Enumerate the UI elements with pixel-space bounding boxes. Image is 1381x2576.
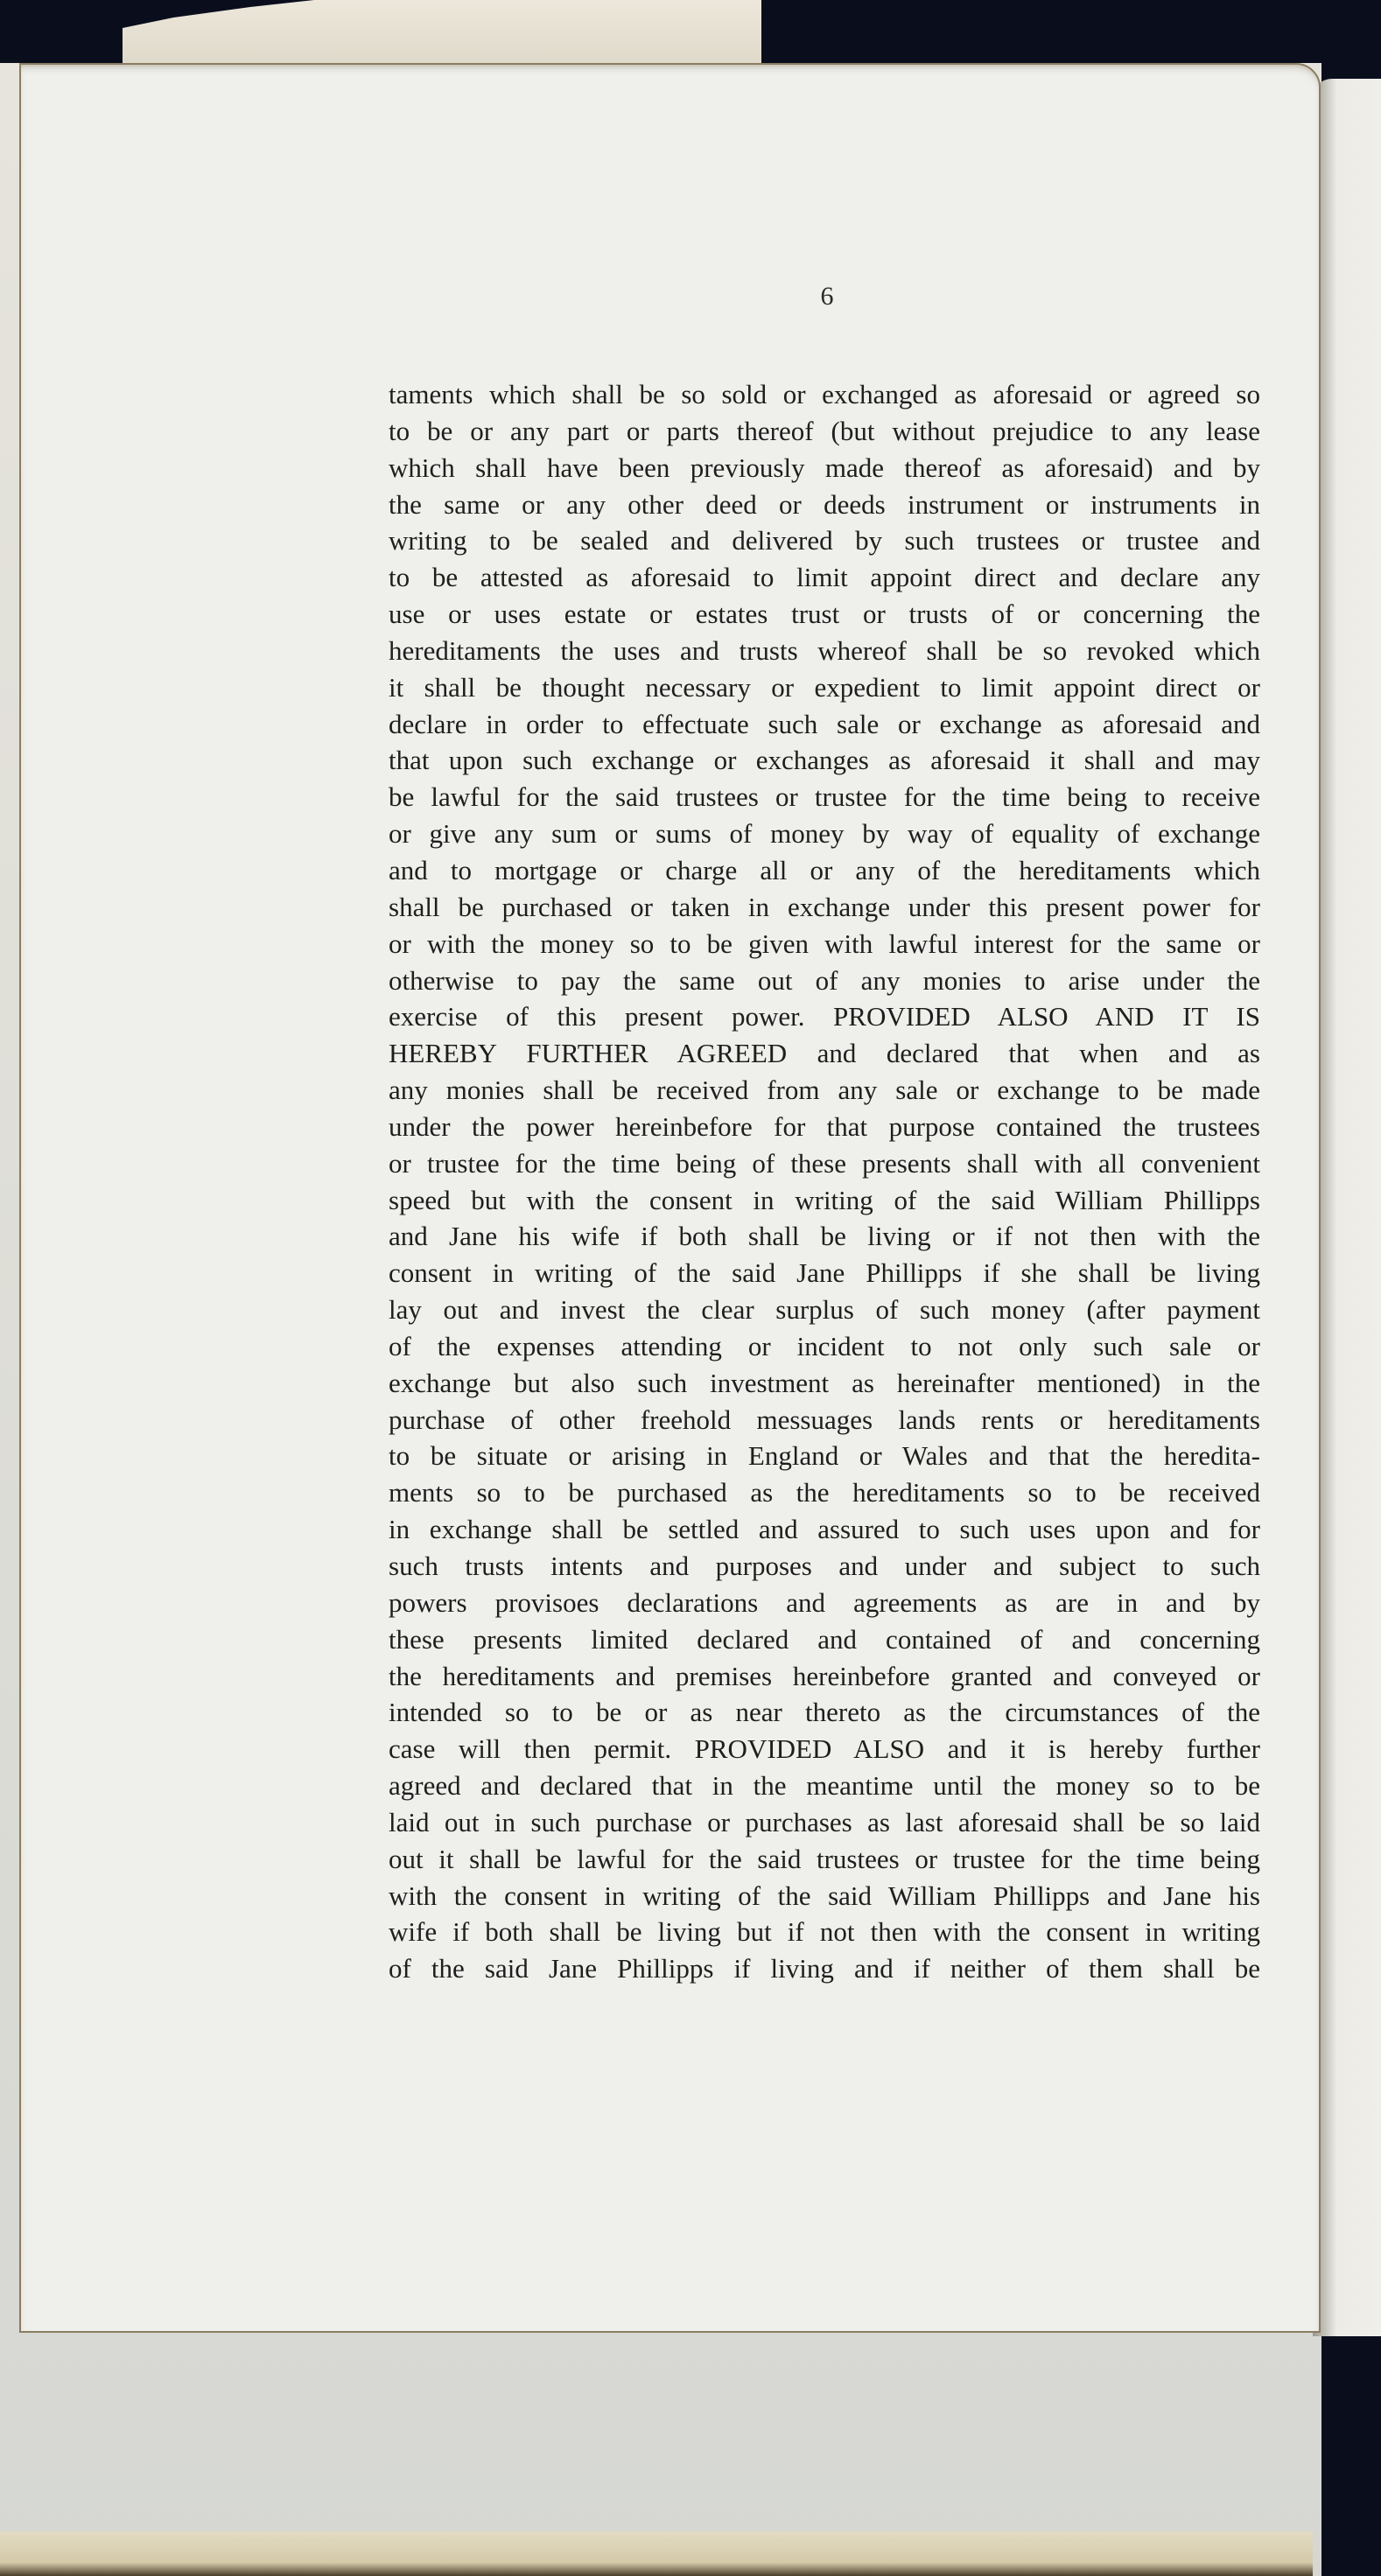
text-line: that upon such exchange or exchanges as … xyxy=(389,742,1260,779)
text-line: the hereditaments and premises hereinbef… xyxy=(389,1658,1260,1695)
text-line: to be situate or arising in England or W… xyxy=(389,1438,1260,1474)
text-line: laid out in such purchase or purchases a… xyxy=(389,1804,1260,1841)
text-line: otherwise to pay the same out of any mon… xyxy=(389,962,1260,999)
text-line: to be or any part or parts thereof (but … xyxy=(389,413,1260,450)
text-line: to be attested as aforesaid to limit app… xyxy=(389,559,1260,596)
text-line: hereditaments the uses and trusts whereo… xyxy=(389,633,1260,669)
text-line: with the consent in writing of the said … xyxy=(389,1878,1260,1914)
text-line: case will then permit. PROVIDED ALSO and… xyxy=(389,1731,1260,1767)
text-line: declare in order to effectuate such sale… xyxy=(389,706,1260,743)
text-line: or give any sum or sums of money by way … xyxy=(389,815,1260,852)
text-line: these presents limited declared and cont… xyxy=(389,1621,1260,1658)
text-line: and to mortgage or charge all or any of … xyxy=(389,852,1260,889)
text-line: powers provisoes declarations and agreem… xyxy=(389,1585,1260,1621)
text-line: shall be purchased or taken in exchange … xyxy=(389,889,1260,926)
text-line: and Jane his wife if both shall be livin… xyxy=(389,1218,1260,1255)
text-line: consent in writing of the said Jane Phil… xyxy=(389,1255,1260,1291)
text-line: of the said Jane Phillipps if living and… xyxy=(389,1950,1260,1987)
text-line: agreed and declared that in the meantime… xyxy=(389,1767,1260,1804)
text-line: such trusts intents and purposes and und… xyxy=(389,1548,1260,1585)
torn-paper-flap xyxy=(123,0,761,70)
text-line: exercise of this present power. PROVIDED… xyxy=(389,998,1260,1035)
text-line: it shall be thought necessary or expedie… xyxy=(389,669,1260,706)
body-text: taments which shall be so sold or exchan… xyxy=(389,376,1260,1987)
text-line: ments so to be purchased as the heredita… xyxy=(389,1474,1260,1511)
text-line: exchange but also such investment as her… xyxy=(389,1365,1260,1402)
text-line: under the power hereinbefore for that pu… xyxy=(389,1109,1260,1145)
text-line: or with the money so to be given with la… xyxy=(389,926,1260,962)
text-line: purchase of other freehold messuages lan… xyxy=(389,1402,1260,1438)
text-line: lay out and invest the clear surplus of … xyxy=(389,1291,1260,1328)
adjacent-page-edge xyxy=(1313,79,1381,2336)
text-line: any monies shall be received from any sa… xyxy=(389,1072,1260,1109)
text-line: wife if both shall be living but if not … xyxy=(389,1914,1260,1950)
text-line: be lawful for the said trustees or trust… xyxy=(389,779,1260,815)
text-line: writing to be sealed and delivered by su… xyxy=(389,522,1260,559)
text-line: in exchange shall be settled and assured… xyxy=(389,1511,1260,1548)
text-line: intended so to be or as near thereto as … xyxy=(389,1694,1260,1731)
text-line: out it shall be lawful for the said trus… xyxy=(389,1841,1260,1878)
page-number: 6 xyxy=(814,282,840,311)
text-line: the same or any other deed or deeds inst… xyxy=(389,486,1260,523)
text-line: which shall have been previously made th… xyxy=(389,450,1260,486)
text-line: speed but with the consent in writing of… xyxy=(389,1182,1260,1219)
text-line: or trustee for the time being of these p… xyxy=(389,1145,1260,1182)
bottom-paper-edge xyxy=(0,2531,1313,2576)
text-line: taments which shall be so sold or exchan… xyxy=(389,376,1260,413)
text-line: use or uses estate or estates trust or t… xyxy=(389,596,1260,633)
text-line: HEREBY FURTHER AGREED and declared that … xyxy=(389,1035,1260,1072)
text-line: of the expenses attending or incident to… xyxy=(389,1328,1260,1365)
